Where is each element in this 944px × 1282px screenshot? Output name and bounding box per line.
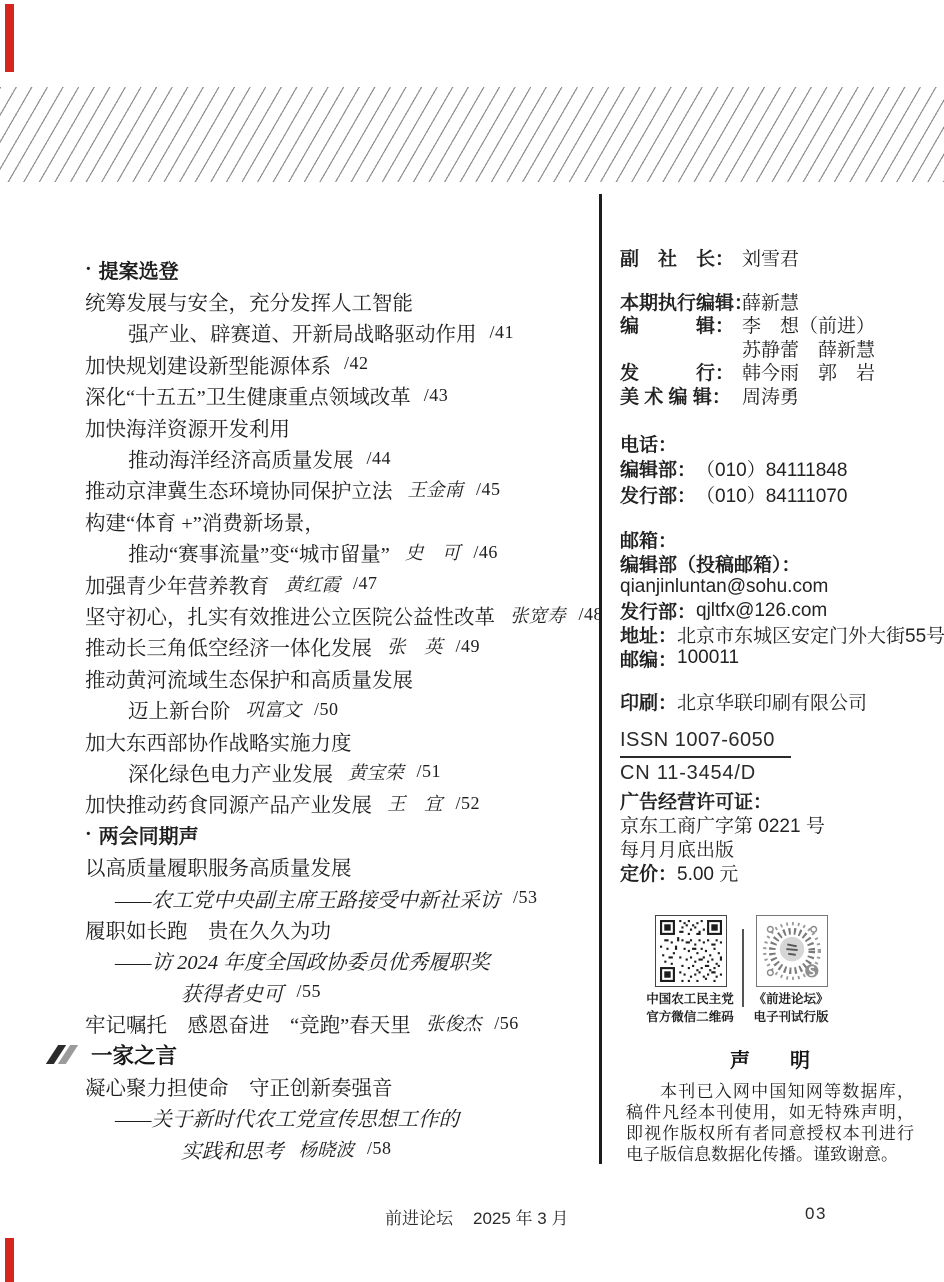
phone-row: 编辑部：（010）84111848 [620,456,847,481]
section-header-one-voice: 一家之言 [85,1039,593,1070]
page-number: /49 [456,636,481,657]
page-number: /51 [417,761,442,782]
toc-entry: 深化绿色电力产业发展黄宝荣/51 [85,756,593,787]
page-number: /55 [297,981,322,1002]
toc-entry: ——农工党中央副主席王路接受中新社采访/53 [85,882,593,913]
printer-info: 印刷：北京华联印刷有限公司 [620,689,867,713]
mail-row: 地址：北京市东城区安定门外大街55号 [620,623,944,647]
staff-row: 苏静蕾 薛新慧 [620,337,875,361]
staff-row: 副 社 长：刘雪君 [620,246,875,270]
statement-body: 本刊已入网中国知网等数据库，稿件凡经本刊使用，如无特殊声明，即视作版权所有者同意… [620,1081,920,1165]
qr-code-ejournal [756,915,828,987]
staff-row: 编 辑：李 想（前进） [620,313,875,337]
toc-entry: 加快推动药食同源产品产业发展王 宜/52 [85,788,593,819]
toc-entry: 履职如长跑 贵在久久为功 [85,913,593,944]
footer-journal-name: 前进论坛 [385,1204,453,1229]
qr-code-ejournal-icon [759,918,825,984]
toc-entry: 统筹发展与安全，充分发挥人工智能 [85,285,593,316]
toc-entry: 获得者史可/55 [85,976,593,1007]
bullet-icon: · [85,823,92,846]
mail-row: qianjinluntan@sohu.com [620,575,944,599]
page-number: /52 [456,793,481,814]
cn-number: CN 11-3454/D [620,762,791,785]
masthead-column: 副 社 长：刘雪君 本期执行编辑：薛新慧 编 辑：李 想（前进） 苏静蕾 薛新慧… [620,0,936,1282]
statement-title: 声 明 [620,1044,920,1070]
phone-row: 发行部：（010）84111070 [620,482,847,507]
table-of-contents: ·提案选登 统筹发展与安全，充分发挥人工智能 强产业、辟赛道、开新局战略驱动作用… [85,254,593,1164]
footer-issue-date: 2025 年 3 月 [473,1204,568,1229]
author: 王 宜 [387,790,443,816]
author: 史 可 [405,539,461,565]
toc-entry: 深化“十五五”卫生健康重点领域改革/43 [85,380,593,411]
toc-entry: 推动京津冀生态环境协同保护立法王金南/45 [85,474,593,505]
mail-row: 邮箱： [620,528,944,552]
page-number: /43 [424,385,449,406]
author: 巩富文 [246,696,302,722]
staff-row: 发 行：韩今雨 郭 岩 [620,360,875,384]
qr-code-wechat [655,915,727,987]
column-divider [599,194,602,1164]
qr-caption-ejournal: 《前进论坛》 电子刊试行版 [731,991,851,1026]
publication-info: 广告经营许可证： 京东工商广字第 0221 号 每月月底出版 定价：5.00 元 [620,788,825,884]
mail-row: 邮编：100011 [620,646,944,670]
author: 王金南 [408,476,464,502]
publish-schedule: 每月月底出版 [620,836,825,860]
toc-entry: 坚守初心，扎实有效推进公立医院公益性改革张宽寿/48 [85,599,593,630]
toc-entry: ——关于新时代农工党宣传思想工作的 [85,1102,593,1133]
page-number: /42 [344,353,369,374]
bullet-icon: · [85,258,92,281]
author: 黄宝荣 [348,759,404,785]
footer-page-number: 03 [805,1204,827,1224]
toc-entry: 加强青少年营养教育黄红霞/47 [85,568,593,599]
page-number: /56 [494,1013,519,1034]
page-number: /44 [367,448,392,469]
toc-entry: 强产业、辟赛道、开新局战略驱动作用/41 [85,317,593,348]
toc-entry: 迈上新台阶巩富文/50 [85,693,593,724]
toc-entry: 推动“赛事流量”变“城市留量”史 可/46 [85,537,593,568]
mail-row: 编辑部（投稿邮箱）： [620,552,944,576]
page-number: /46 [473,542,498,563]
page-number: /45 [476,479,501,500]
price-row: 定价：5.00 元 [620,860,825,884]
issn-number: ISSN 1007-6050 [620,729,791,758]
staff-list: 副 社 长：刘雪君 本期执行编辑：薛新慧 编 辑：李 想（前进） 苏静蕾 薛新慧… [620,246,875,407]
toc-entry: 加大东西部协作战略实施力度 [85,725,593,756]
toc-entry: 推动海洋经济高质量发展/44 [85,442,593,473]
statement-box: 声 明 本刊已入网中国知网等数据库，稿件凡经本刊使用，如无特殊声明，即视作版权所… [620,1044,920,1165]
page-number: /58 [367,1138,392,1159]
toc-entry: 凝心聚力担使命 守正创新奏强音 [85,1070,593,1101]
toc-entry: 实践和思考杨晓波/58 [85,1133,593,1164]
red-edge-tab-bottom [5,1238,14,1282]
staff-row: 本期执行编辑：薛新慧 [620,290,875,314]
toc-entry: 加快规划建设新型能源体系/42 [85,348,593,379]
toc-entry: ——访 2024 年度全国政协委员优秀履职奖 [85,945,593,976]
issn-block: ISSN 1007-6050 CN 11-3454/D [620,729,791,785]
toc-entry: 牢记嘱托 感恩奋进 “竞跑”春天里张俊杰/56 [85,1007,593,1038]
footer: 前进论坛 2025 年 3 月 [385,1204,568,1229]
author: 黄红霞 [285,571,341,597]
qr-code-wechat-icon [660,920,722,982]
author: 张宽寿 [510,602,566,628]
author: 杨晓波 [299,1136,355,1162]
page-number: /48 [579,604,604,625]
phone-list: 电话： 编辑部：（010）84111848 发行部：（010）84111070 [620,431,847,507]
section-slash-icon [52,1045,72,1064]
ad-license-number: 京东工商广字第 0221 号 [620,812,825,836]
page-number: /47 [353,573,378,594]
mail-row: 发行部：qjltfx@126.com [620,599,944,623]
toc-entry: 加快海洋资源开发利用 [85,411,593,442]
page-number: /41 [490,322,515,343]
toc-entry: 构建“体育 +”消费新场景， [85,505,593,536]
section-header-proposals: ·提案选登 [85,254,593,285]
qr-code-area: 中国农工民主党 官方微信二维码 《前进论坛》 电子刊试行版 [620,915,936,1030]
ad-license-title: 广告经营许可证： [620,788,825,812]
author: 张 英 [387,633,443,659]
phone-row: 电话： [620,431,847,456]
section-header-voices: ·两会同期声 [85,819,593,850]
page-number: /53 [513,887,538,908]
toc-entry: 以高质量履职服务高质量发展 [85,850,593,881]
toc-entry: 推动长三角低空经济一体化发展张 英/49 [85,631,593,662]
page-number: /50 [314,699,339,720]
mail-address-list: 邮箱： 编辑部（投稿邮箱）： qianjinluntan@sohu.com 发行… [620,528,944,670]
staff-row: 美 术 编 辑：周涛勇 [620,384,875,408]
toc-entry: 推动黄河流域生态保护和高质量发展 [85,662,593,693]
red-edge-tab-top [5,4,14,72]
author: 张俊杰 [426,1010,482,1036]
